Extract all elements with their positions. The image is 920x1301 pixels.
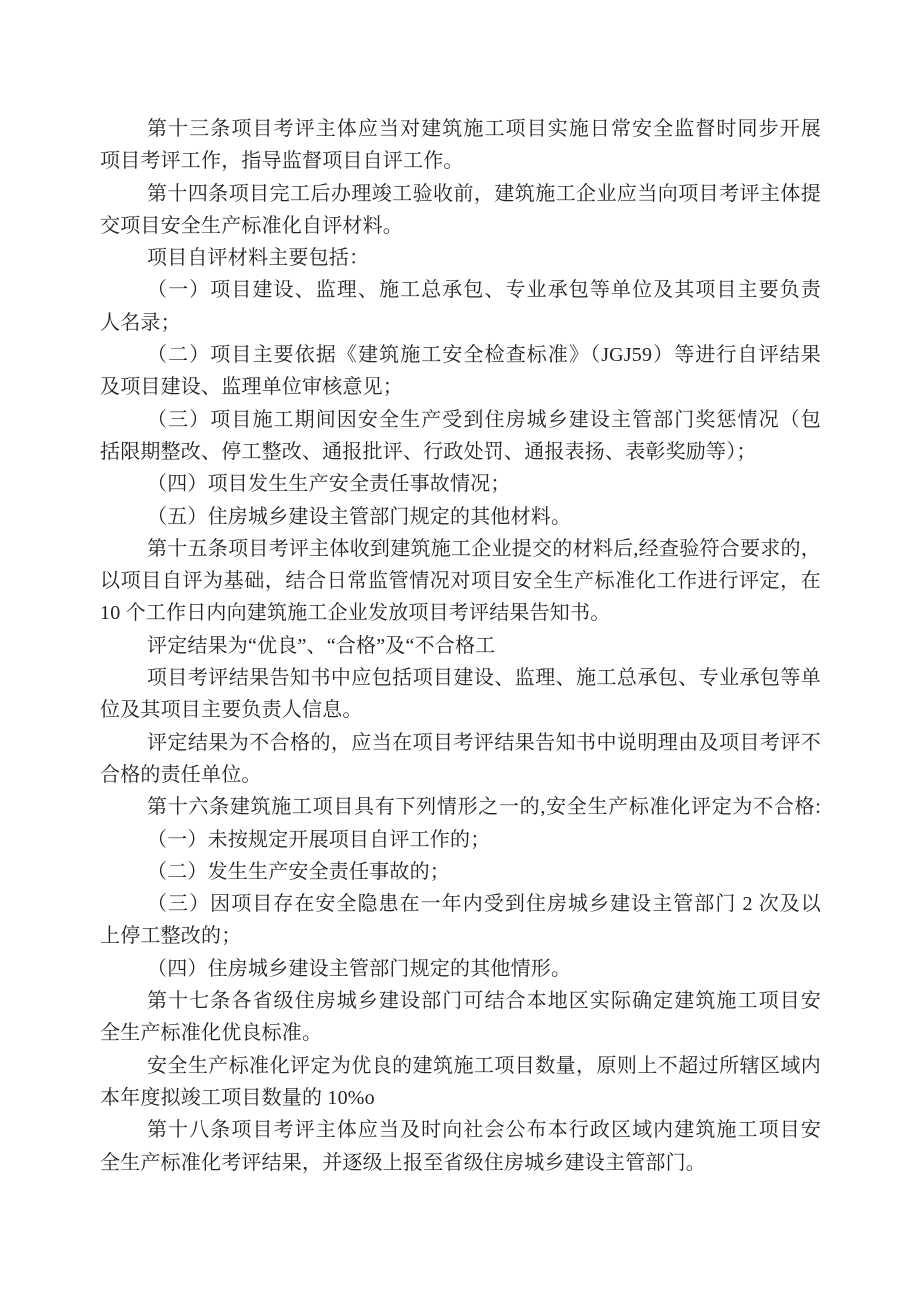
- text-line-25: （三）因项目存在安全隐患在一年内受到住房城乡建设主管部门 2 次及以: [100, 888, 821, 920]
- text-line-10: （三）项目施工期间因安全生产受到住房城乡建设主管部门奖惩情况（包: [100, 404, 821, 436]
- text-line-6: （一）项目建设、监理、施工总承包、专业承包等单位及其项目主要负责: [100, 274, 821, 306]
- text-line-11: 括限期整改、停工整改、通报批评、行政处罚、通报表扬、表彰奖励等）；: [100, 436, 821, 468]
- text-line-22: 第十六条建筑施工项目具有下列情形之一的,安全生产标准化评定为不合格:: [100, 791, 821, 823]
- text-line-20: 评定结果为不合格的，应当在项目考评结果告知书中说明理由及项目考评不: [100, 727, 821, 759]
- text-line-33: 全生产标准化考评结果，并逐级上报至省级住房城乡建设主管部门。: [100, 1147, 821, 1179]
- document-text: 第十三条项目考评主体应当对建筑施工项目实施日常安全监督时同步开展项目考评工作，指…: [100, 113, 821, 1179]
- text-line-18: 项目考评结果告知书中应包括项目建设、监理、施工总承包、专业承包等单: [100, 662, 821, 694]
- text-line-23: （一）未按规定开展项目自评工作的；: [100, 824, 821, 856]
- text-line-7: 人名录；: [100, 307, 821, 339]
- text-line-19: 位及其项目主要负责人信息。: [100, 694, 821, 726]
- text-line-3: 第十四条项目完工后办理竣工验收前，建筑施工企业应当向项目考评主体提: [100, 178, 821, 210]
- text-line-14: 第十五条项目考评主体收到建筑施工企业提交的材料后,经查验符合要求的，: [100, 533, 821, 565]
- text-line-2: 项目考评工作，指导监督项目自评工作。: [100, 145, 821, 177]
- text-line-4: 交项目安全生产标准化自评材料。: [100, 210, 821, 242]
- text-line-24: （二）发生生产安全责任事故的；: [100, 856, 821, 888]
- text-line-9: 及项目建设、监理单位审核意见；: [100, 371, 821, 403]
- text-line-5: 项目自评材料主要包括：: [100, 242, 821, 274]
- text-line-15: 以项目自评为基础，结合日常监管情况对项目安全生产标准化工作进行评定，在: [100, 565, 821, 597]
- text-line-1: 第十三条项目考评主体应当对建筑施工项目实施日常安全监督时同步开展: [100, 113, 821, 145]
- text-line-32: 第十八条项目考评主体应当及时向社会公布本行政区域内建筑施工项目安: [100, 1114, 821, 1146]
- text-line-30: 安全生产标准化评定为优良的建筑施工项目数量，原则上不超过所辖区域内: [100, 1050, 821, 1082]
- text-line-27: （四）住房城乡建设主管部门规定的其他情形。: [100, 953, 821, 985]
- text-line-13: （五）住房城乡建设主管部门规定的其他材料。: [100, 501, 821, 533]
- text-line-21: 合格的责任单位。: [100, 759, 821, 791]
- document-page: 第十三条项目考评主体应当对建筑施工项目实施日常安全监督时同步开展项目考评工作，指…: [0, 0, 920, 1301]
- text-line-8: （二）项目主要依据《建筑施工安全检查标准》（JGJ59）等进行自评结果: [100, 339, 821, 371]
- text-line-12: （四）项目发生生产安全责任事故情况；: [100, 468, 821, 500]
- text-line-31: 本年度拟竣工项目数量的 10%o: [100, 1082, 821, 1114]
- text-line-29: 全生产标准化优良标准。: [100, 1017, 821, 1049]
- text-line-26: 上停工整改的；: [100, 920, 821, 952]
- text-line-16: 10 个工作日内向建筑施工企业发放项目考评结果告知书。: [100, 597, 821, 629]
- text-line-17: 评定结果为“优良”、“合格”及“不合格工: [100, 630, 821, 662]
- text-line-28: 第十七条各省级住房城乡建设部门可结合本地区实际确定建筑施工项目安: [100, 985, 821, 1017]
